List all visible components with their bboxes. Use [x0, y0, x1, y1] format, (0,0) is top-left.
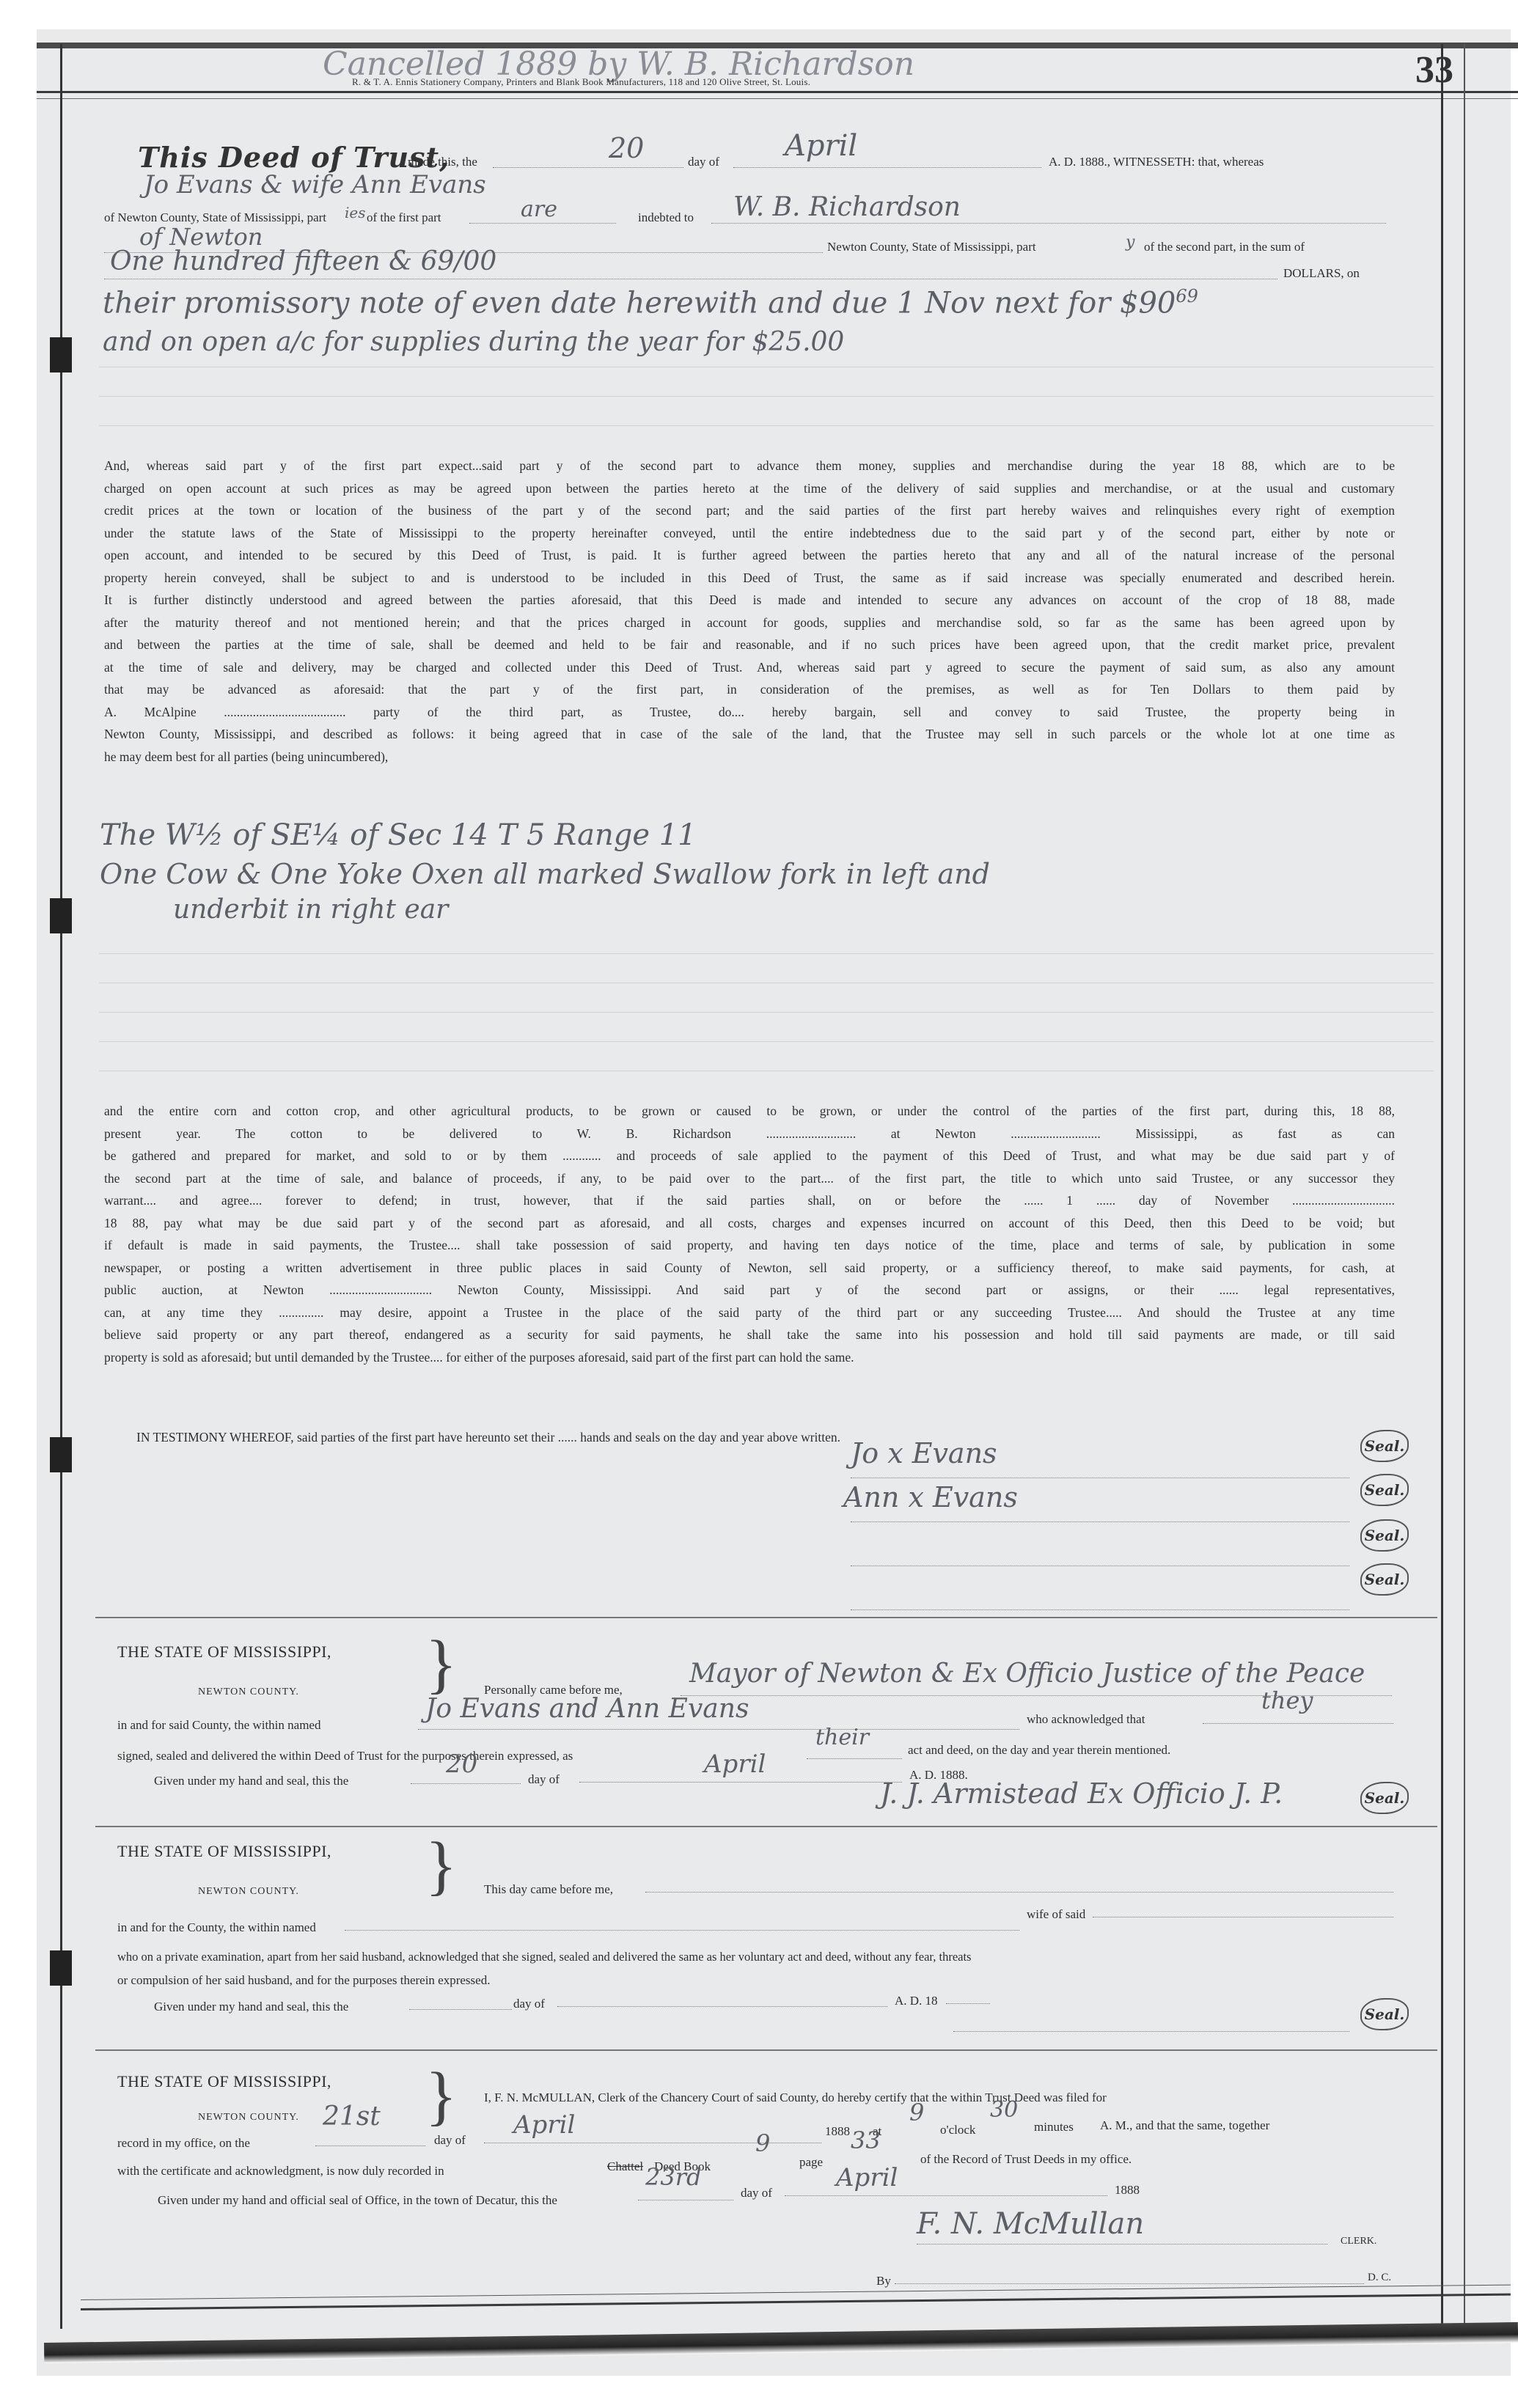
signed-sealed-line: signed, sealed and delivered the within …: [117, 1748, 573, 1763]
sum-of-label: of the second part, in the sum of: [1144, 239, 1305, 254]
grantors: Jo Evans & wife Ann Evans: [144, 170, 486, 199]
testimony-clause: IN TESTIMONY WHEREOF, said parties of th…: [136, 1430, 840, 1445]
paragraph-line: open account, and intended to be secured…: [104, 544, 1395, 567]
paragraph-line: he may deem best for all parties (being …: [104, 746, 1395, 768]
document-title: This Deed of Trust,: [138, 141, 450, 174]
day-of-label: day of: [434, 2132, 466, 2148]
justice-signature: J. J. Armistead Ex Officio J. P.: [880, 1777, 1283, 1810]
blank-line: [469, 223, 616, 224]
with-certificate-label: with the certificate and acknowledgment,…: [117, 2163, 444, 2178]
note-cents: 69: [1176, 286, 1198, 306]
ack-day: 20: [446, 1750, 477, 1779]
page-number: 33: [1415, 48, 1453, 92]
blank-line: [946, 2003, 990, 2004]
signature-line: [851, 1521, 1349, 1522]
their-value: their: [815, 1725, 869, 1750]
seal-emblem: Seal.: [1360, 1563, 1409, 1596]
paragraph-line: charged on open account at such prices a…: [104, 477, 1395, 500]
section-divider: [95, 2049, 1437, 2051]
blank-line: [418, 1729, 1019, 1730]
seal-emblem: Seal.: [1360, 1998, 1409, 2030]
blank-line: [1203, 1723, 1393, 1724]
signature-ann-evans: Ann x Evans: [843, 1481, 1018, 1513]
by-label: By: [876, 2273, 891, 2288]
record-month: April: [513, 2110, 575, 2140]
paragraph-line: warrant.... and agree.... forever to def…: [104, 1189, 1395, 1212]
paragraph-line: and between the parties at the time of s…: [104, 634, 1395, 656]
property-line-2: One Cow & One Yoke Oxen all marked Swall…: [100, 858, 990, 890]
paragraph-line: credit prices at the town or location of…: [104, 499, 1395, 522]
ruled-line: [99, 1041, 1434, 1042]
brace: }: [425, 1833, 457, 1899]
paragraph-line: newspaper, or posting a written advertis…: [104, 1257, 1395, 1280]
paragraph-line: and the entire corn and cotton crop, and…: [104, 1100, 1395, 1123]
indebted-label: indebted to: [638, 210, 694, 225]
county-heading: NEWTON COUNTY.: [198, 1886, 299, 1898]
part-suffix: ies: [345, 204, 366, 221]
paragraph-line: that may be advanced as aforesaid: that …: [104, 678, 1395, 701]
right-rule: [1464, 44, 1465, 2339]
day-of-label: day of: [528, 1772, 560, 1787]
day-of-label: day of: [741, 2185, 772, 2200]
second-part-line: Newton County, State of Mississippi, par…: [827, 239, 1036, 254]
within-named-label: in and for said County, the within named: [117, 1717, 320, 1733]
paragraph-line: present year. The cotton to be delivered…: [104, 1123, 1395, 1145]
ack-month: April: [704, 1750, 766, 1779]
book-number: 9: [755, 2129, 770, 2157]
blank-line: [733, 167, 1041, 168]
blank-line: [557, 2006, 887, 2007]
blank-line: [493, 167, 683, 168]
seal-emblem: Seal.: [1360, 1430, 1409, 1462]
creditor-name: W. B. Richardson: [733, 192, 961, 222]
index-tab-marker: [50, 898, 72, 933]
ad-witnesseth: A. D. 1888., WITNESSETH: that, whereas: [1049, 154, 1264, 169]
brace: }: [425, 1631, 457, 1697]
state-heading: THE STATE OF MISSISSIPPI,: [117, 2072, 331, 2091]
paragraph-line: property herein conveyed, shall be subje…: [104, 567, 1395, 590]
paragraph-line: And, whereas said part y of the first pa…: [104, 455, 1395, 477]
compulsion-line: or compulsion of her said husband, and f…: [117, 1972, 490, 1988]
sum-in-words: One hundred fifteen & 69/00: [110, 246, 496, 276]
blank-line: [711, 223, 1386, 224]
ad-label: A. D. 18: [895, 1993, 938, 2008]
signature-line: [917, 2244, 1327, 2244]
part-suffix-2: y: [1126, 233, 1134, 252]
struck-chattel: Chattel: [607, 2159, 643, 2174]
private-exam-line: who on a private examination, apart from…: [117, 1949, 971, 1964]
are-value: are: [521, 197, 557, 222]
signature-line: [851, 1565, 1349, 1566]
paragraph-line: be gathered and prepared for market, and…: [104, 1145, 1395, 1167]
deputy-signature-line: [895, 2283, 1364, 2284]
given-month: April: [836, 2163, 898, 2192]
paragraph-line: can, at any time they .............. may…: [104, 1302, 1395, 1324]
note-description-2: and on open a/c for supplies during the …: [103, 327, 844, 357]
ruled-line: [99, 1012, 1434, 1013]
index-tab-marker: [50, 337, 72, 372]
acknowledging-parties: Jo Evans and Ann Evans: [425, 1694, 749, 1724]
day-of-label: day of: [688, 154, 719, 169]
clerk-signature: F. N. McMullan: [917, 2207, 1144, 2241]
blank-line: [315, 2145, 425, 2146]
ruled-line: [99, 983, 1434, 983]
paragraph-line: Newton County, Mississippi, and describe…: [104, 723, 1395, 746]
index-tab-marker: [50, 1437, 72, 1472]
blank-line: [785, 2195, 1107, 2196]
minutes-label: minutes: [1034, 2119, 1074, 2134]
note-text: their promissory note of even date herew…: [103, 286, 1176, 320]
seal-emblem: Seal.: [1360, 1782, 1409, 1814]
record-tail: of the Record of Trust Deeds in my offic…: [920, 2151, 1132, 2167]
who-acknowledged-label: who acknowledged that: [1027, 1711, 1145, 1727]
record-minutes: 30: [990, 2097, 1018, 2123]
blank-line: [807, 1758, 902, 1759]
clerk-label: CLERK.: [1341, 2233, 1376, 2249]
paragraph-line: at the time of sale and delivery, may be…: [104, 656, 1395, 679]
covenant-paragraph: And, whereas said part y of the first pa…: [104, 455, 1395, 768]
index-tab-marker: [50, 1950, 72, 1986]
signature-jo-evans: Jo x Evans: [851, 1437, 997, 1469]
record-office-label: record in my office, on the: [117, 2135, 250, 2151]
state-heading: THE STATE OF MISSISSIPPI,: [117, 1842, 331, 1861]
given-under-label: Given under my hand and seal, this the: [154, 1773, 348, 1788]
blank-line: [645, 1892, 1393, 1893]
paragraph-line: under the statute laws of the State of M…: [104, 522, 1395, 545]
ruled-line: [99, 396, 1434, 397]
paragraph-line: 18 88, pay what may be due said part y o…: [104, 1212, 1395, 1235]
signature-line: [851, 1478, 1349, 1478]
wife-of-label: wife of said: [1027, 1906, 1085, 1922]
printer-imprint: R. & T. A. Ennis Stationery Company, Pri…: [352, 76, 810, 88]
property-line-1: The W½ of SE¼ of Sec 14 T 5 Range 11: [100, 818, 697, 852]
record-page: 33: [851, 2126, 881, 2154]
given-day: 23rd: [645, 2163, 702, 2191]
state-heading: THE STATE OF MISSISSIPPI,: [117, 1642, 331, 1662]
they-value: they: [1261, 1686, 1313, 1714]
paragraph-line: the second part at the time of sale, and…: [104, 1167, 1395, 1190]
seal-emblem: Seal.: [1360, 1474, 1409, 1506]
seal-emblem: Seal.: [1360, 1519, 1409, 1552]
paragraph-line: if default is made in said payments, the…: [104, 1234, 1395, 1257]
blank-line: [484, 2143, 821, 2143]
this-day-label: This day came before me,: [484, 1882, 613, 1897]
blank-line: [345, 1930, 1019, 1931]
within-named-label: in and for the County, the within named: [117, 1920, 316, 1935]
county-heading: NEWTON COUNTY.: [198, 1686, 299, 1698]
ruled-line: [99, 425, 1434, 426]
blank-line: [579, 1782, 902, 1783]
section-divider: [95, 1617, 1437, 1618]
meridiem-line: A. M., and that the same, together: [1100, 2118, 1269, 2133]
blank-line: [411, 1783, 521, 1784]
blank-line: [104, 279, 1277, 279]
deed-day: 20: [609, 132, 644, 164]
paragraph-line: believe said property or any part thereo…: [104, 1324, 1395, 1346]
deed-month: April: [785, 129, 857, 163]
oclock-label: o'clock: [940, 2122, 975, 2137]
day-of-label: day of: [513, 1996, 545, 2011]
blank-line: [638, 2200, 733, 2200]
section-divider: [95, 1826, 1437, 1827]
crop-paragraph: and the entire corn and cotton crop, and…: [104, 1100, 1395, 1368]
given-official-label: Given under my hand and official seal of…: [158, 2192, 557, 2208]
signature-line: [851, 1609, 1349, 1610]
paragraph-line: public auction, at Newton ..............…: [104, 1279, 1395, 1302]
paragraph-line: A. McAlpine ............................…: [104, 701, 1395, 724]
made-this-label: made this, the: [408, 154, 477, 169]
county-heading: NEWTON COUNTY.: [198, 2112, 299, 2123]
officer-title: Mayor of Newton & Ex Officio Justice of …: [689, 1659, 1365, 1689]
ruled-line: [99, 1071, 1434, 1071]
deputy-clerk-label: D. C.: [1368, 2270, 1391, 2286]
ruled-line: [99, 367, 1434, 367]
paragraph-line: It is further distinctly understood and …: [104, 589, 1395, 612]
record-day: 21st: [323, 2102, 381, 2132]
given-under-label: Given under my hand and seal, this the: [154, 1999, 348, 2014]
signature-line: [953, 2031, 1349, 2032]
dollars-on-label: DOLLARS, on: [1283, 265, 1360, 281]
ruled-line: [99, 953, 1434, 954]
paragraph-line: property is sold as aforesaid; but until…: [104, 1346, 1395, 1369]
given-year: 1888: [1115, 2182, 1140, 2198]
paragraph-line: after the maturity thereof and not menti…: [104, 612, 1395, 634]
note-description-1: their promissory note of even date herew…: [103, 286, 1198, 320]
blank-line: [409, 2009, 512, 2010]
brace: }: [425, 2063, 457, 2129]
first-part-label: of the first part: [367, 210, 441, 225]
act-and-deed-label: act and deed, on the day and year therei…: [908, 1742, 1170, 1758]
record-hour: 9: [909, 2099, 924, 2126]
blank-line: [1093, 1917, 1393, 1917]
page-label: page: [799, 2154, 823, 2170]
record-year: 1888: [825, 2123, 850, 2139]
property-line-3: underbit in right ear: [173, 895, 448, 925]
